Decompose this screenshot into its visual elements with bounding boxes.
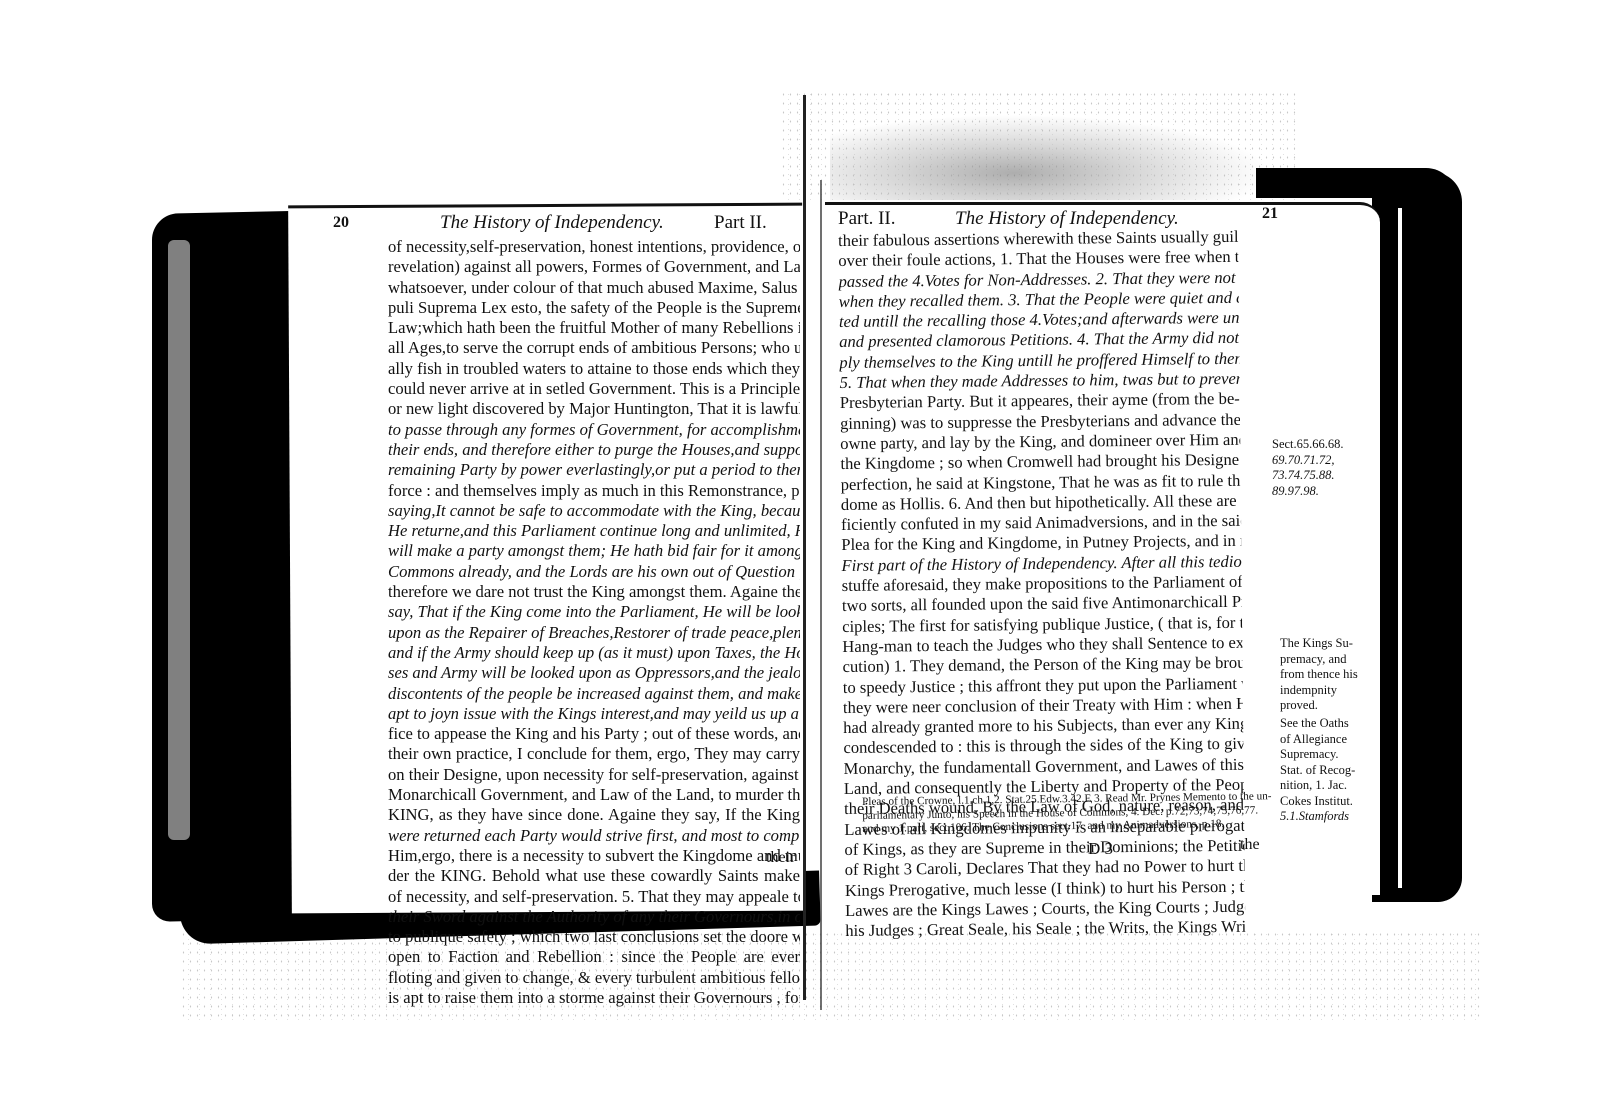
margin-note-line: 73.74.75.88. — [1272, 468, 1344, 484]
text-line: therefore we dare not trust the King amo… — [388, 582, 800, 602]
margin-note-line: Supremacy. — [1280, 747, 1355, 763]
text-line: all Ages,to serve the corrupt ends of am… — [388, 338, 800, 358]
text-line: fice to appease the King and his Party ;… — [388, 724, 800, 744]
margin-note-oaths: See the Oaths of Allegiance Supremacy. S… — [1280, 716, 1355, 825]
left-running-title: The History of Independency. — [440, 212, 664, 234]
scan-smudge — [830, 110, 1290, 200]
text-line: He returne,and this Parliament continue … — [388, 521, 800, 541]
text-line: force : and themselves imply as much in … — [388, 481, 800, 501]
text-line: of necessity, and self-preservation. 5. … — [388, 887, 800, 907]
text-line: could never arrive at in setled Governme… — [388, 379, 800, 399]
text-line: to passe through any formes of Governmen… — [388, 420, 800, 440]
margin-note-line: See the Oaths — [1280, 716, 1355, 732]
margin-note-line: nition, 1. Jac. — [1280, 778, 1355, 794]
book-gutter-shadow — [820, 180, 822, 1010]
text-line: to publique safety ; which two last conc… — [388, 927, 800, 947]
right-part-label: Part. II. — [838, 208, 896, 230]
right-page-footnotes: Pleas of the Crowne, l.1.ch.1,2. Stat.25… — [862, 790, 1272, 836]
margin-note-line: from thence his — [1280, 667, 1358, 683]
margin-note-line: 89.97.98. — [1272, 484, 1344, 500]
text-line: their ends, and therefore either to purg… — [388, 440, 800, 460]
text-line: and if the Army should keep up (as it mu… — [388, 643, 800, 663]
text-line: of necessity,self-preservation, honest i… — [388, 237, 800, 257]
text-line: their own practice, I conclude for them,… — [388, 744, 800, 764]
text-line: saying,It cannot be safe to accommodate … — [388, 501, 800, 521]
text-line: discontents of the people be increased a… — [388, 684, 800, 704]
left-part-label: Part II. — [714, 212, 767, 234]
right-catchword: the — [1240, 836, 1260, 854]
margin-note-line: proved. — [1280, 698, 1358, 714]
right-running-title: The History of Independency. — [955, 208, 1179, 230]
margin-note-line: Sect.65.66.68. — [1272, 437, 1344, 453]
text-line: remaining Party by power everlastingly,o… — [388, 460, 800, 480]
text-line: Him,ergo, there is a necessity to subver… — [388, 846, 800, 866]
margin-note-line: of Allegiance — [1280, 732, 1355, 748]
margin-note-line: Cokes Institut. — [1280, 794, 1355, 810]
text-line: Monarchicall Government, and Law of the … — [388, 785, 800, 805]
text-line: his Judges ; Great Seale, his Seale ; th… — [845, 917, 1245, 941]
left-page-number: 20 — [333, 214, 349, 232]
margin-note-line: indempnity — [1280, 683, 1358, 699]
text-line: ses and Army will be looked upon as Oppr… — [388, 663, 800, 683]
text-line: will make a party amongst them; He hath … — [388, 541, 800, 561]
text-line: puli Suprema Lex esto, the safety of the… — [388, 298, 800, 318]
text-line: der the KING. Behold what use these cowa… — [388, 866, 800, 886]
book-cover-right-edge — [1372, 172, 1462, 902]
text-line: is apt to raise them into a storme again… — [388, 988, 800, 1008]
margin-note-kings-supremacy: The Kings Su- premacy, and from thence h… — [1280, 636, 1358, 714]
text-line: Law;which hath been the fruitful Mother … — [388, 318, 800, 338]
margin-note-line: Stat. of Recog- — [1280, 763, 1355, 779]
text-line: floting and given to change, & every tur… — [388, 968, 800, 988]
text-line: upon as the Repairer of Breaches,Restore… — [388, 623, 800, 643]
text-line: say, That if the King come into the Parl… — [388, 602, 800, 622]
right-page-number: 21 — [1262, 205, 1278, 223]
text-line: KING, as they have since done. Againe th… — [388, 805, 800, 825]
page-edges-right — [1398, 208, 1402, 888]
text-line: on their Designe, upon necessity for sel… — [388, 765, 800, 785]
signature-mark: D 3 — [1088, 839, 1113, 859]
margin-note-line: 69.70.71.72, — [1272, 453, 1344, 469]
margin-note-line: premacy, and — [1280, 652, 1358, 668]
text-line: or new light discovered by Major Hunting… — [388, 399, 800, 419]
scan-noise-bottom — [180, 930, 1480, 1020]
margin-note-line: The Kings Su- — [1280, 636, 1358, 652]
text-line: revelation) against all powers, Formes o… — [388, 257, 800, 277]
text-line: whatsoever, under colour of that much ab… — [388, 278, 800, 298]
margin-note-line: 5.1.Stamfords — [1280, 809, 1355, 825]
text-line: their Sword against the Authority of any… — [388, 907, 800, 927]
text-line: apt to joyn issue with the Kings interes… — [388, 704, 800, 724]
text-line: were returned each Party would strive fi… — [388, 826, 800, 846]
text-line: ally fish in troubled waters to attaine … — [388, 359, 800, 379]
left-catchword: their — [766, 849, 795, 867]
book-gutter — [803, 95, 806, 1000]
text-line: Commons already, and the Lords are his o… — [388, 562, 800, 582]
text-line: open to Faction and Rebellion : since th… — [388, 947, 800, 967]
margin-note-sections: Sect.65.66.68. 69.70.71.72, 73.74.75.88.… — [1272, 437, 1344, 499]
left-page-text: of necessity,self-preservation, honest i… — [388, 237, 800, 1008]
page-edges-left — [168, 240, 190, 840]
